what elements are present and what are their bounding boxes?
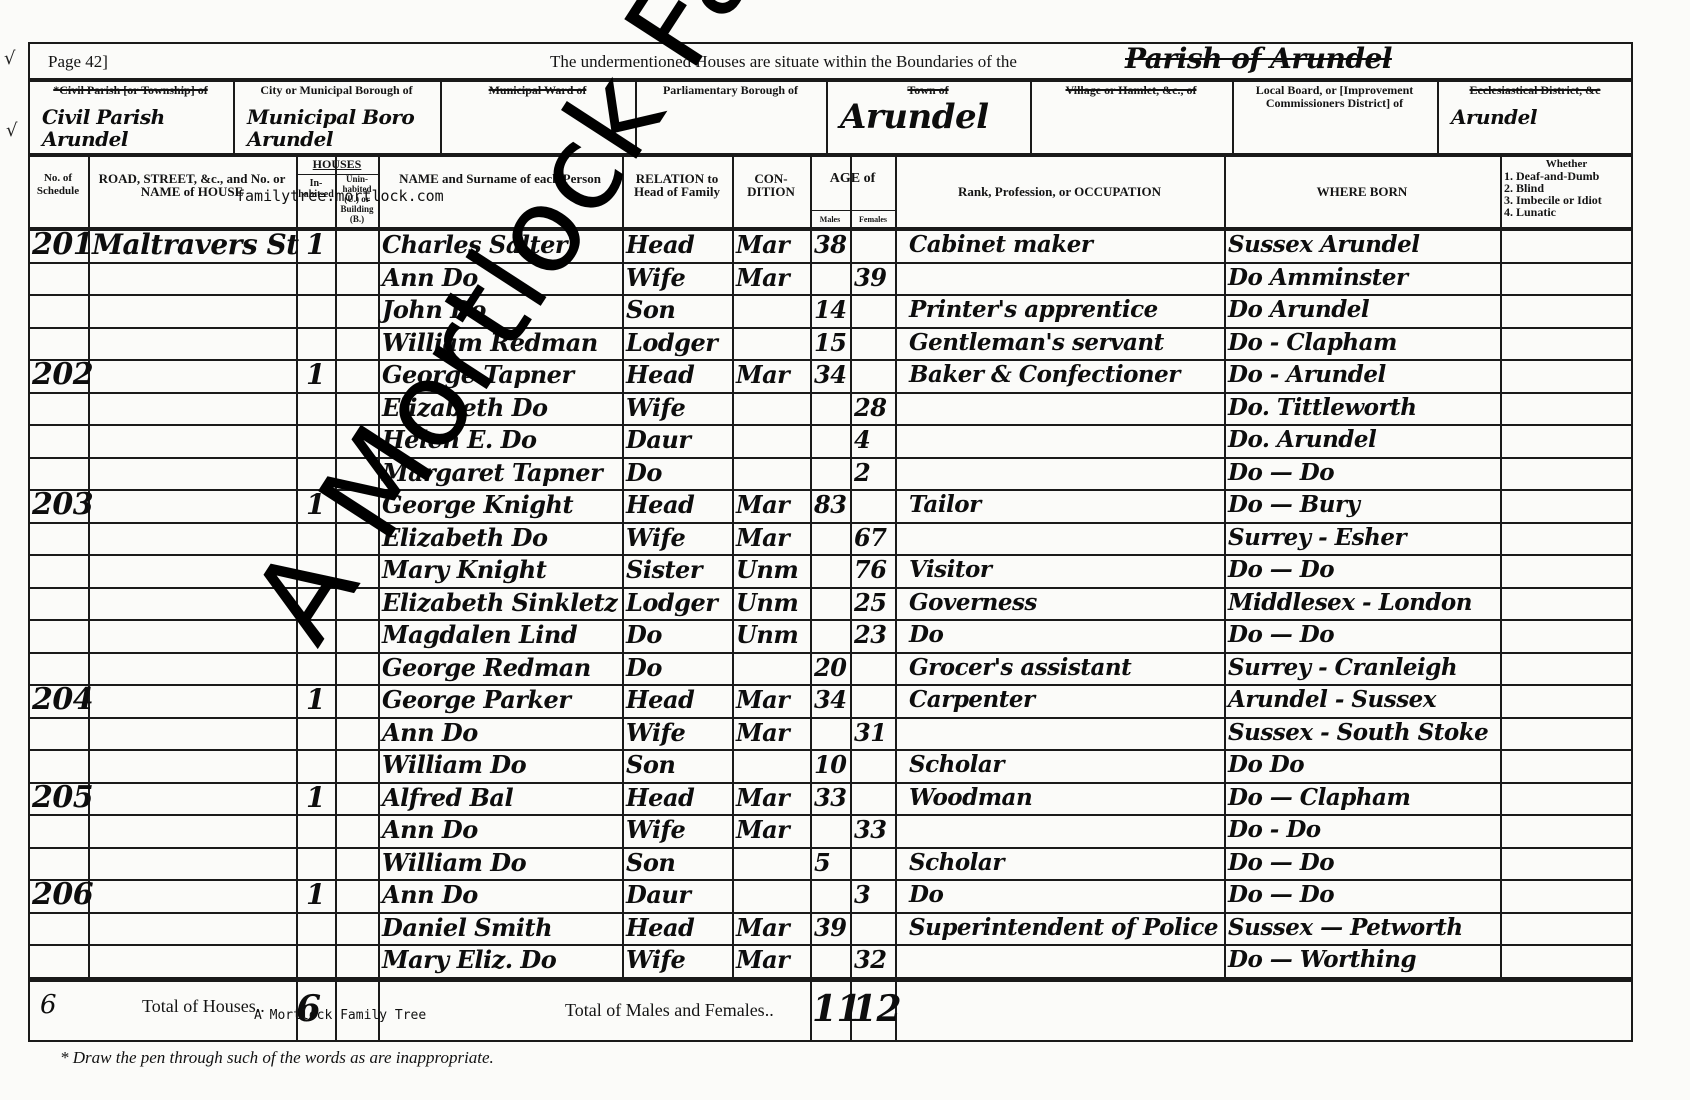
where-born: Sussex - South Stoke — [1228, 717, 1498, 750]
female-age: 23 — [854, 619, 893, 652]
male-age: 33 — [814, 782, 848, 815]
header-relation: RELATION to Head of Family — [625, 172, 729, 198]
where-born: Do — Do — [1228, 457, 1498, 490]
male-age: 20 — [814, 652, 848, 685]
occupation: Carpenter — [909, 684, 1222, 717]
where-born: Sussex — Petworth — [1228, 912, 1498, 945]
person-name: John Do — [382, 294, 620, 327]
table-row: 2051Alfred BalHeadMar33WoodmanDo — Claph… — [0, 782, 1690, 815]
occupation: Cabinet maker — [909, 229, 1222, 262]
relation-to-head: Wife — [626, 262, 730, 295]
table-row: Helen E. DoDaur4Do. Arundel — [0, 424, 1690, 457]
where-born: Do - Clapham — [1228, 327, 1498, 360]
table-row: 2061Ann DoDaur3DoDo — Do — [0, 879, 1690, 912]
female-age: 67 — [854, 522, 893, 555]
divider — [28, 78, 1633, 82]
occupation: Scholar — [909, 847, 1222, 880]
table-row: William DoSon10ScholarDo Do — [0, 749, 1690, 782]
divider — [635, 80, 637, 153]
page-label: Page 42] — [48, 52, 108, 72]
total-females-value: 12 — [852, 988, 901, 1030]
table-row: 2041George ParkerHeadMar34CarpenterArund… — [0, 684, 1690, 717]
marital-condition: Mar — [736, 912, 808, 945]
male-age: 14 — [814, 294, 848, 327]
divider — [296, 174, 378, 175]
marital-condition: Mar — [736, 814, 808, 847]
occupation: Superintendent of Police — [909, 912, 1222, 945]
female-age: 33 — [854, 814, 893, 847]
relation-to-head: Do — [626, 619, 730, 652]
divider — [826, 80, 828, 153]
person-name: William Do — [382, 847, 620, 880]
table-row: Daniel SmithHeadMar39Superintendent of P… — [0, 912, 1690, 945]
schedule-number: 205 — [32, 782, 86, 815]
male-age: 34 — [814, 684, 848, 717]
occupation: Visitor — [909, 554, 1222, 587]
marital-condition: Unm — [736, 554, 808, 587]
male-age: 38 — [814, 229, 848, 262]
margin-check-mark: √ — [6, 120, 17, 141]
marital-condition: Mar — [736, 717, 808, 750]
occupation: Woodman — [909, 782, 1222, 815]
person-name: Ann Do — [382, 262, 620, 295]
where-born: Do — Do — [1228, 554, 1498, 587]
female-age: 28 — [854, 392, 893, 425]
relation-to-head: Daur — [626, 879, 730, 912]
schedule-number: 204 — [32, 684, 86, 717]
header-schedule: No. of Schedule — [31, 172, 85, 198]
divider — [440, 80, 442, 153]
relation-to-head: Son — [626, 294, 730, 327]
header-houses: HOUSES — [296, 158, 378, 171]
person-name: George Parker — [382, 684, 620, 717]
occupation: Grocer's assistant — [909, 652, 1222, 685]
divider — [233, 80, 235, 153]
marital-condition: Mar — [736, 359, 808, 392]
female-age: 2 — [854, 457, 893, 490]
table-row: Elizabeth DoWife28Do. Tittleworth — [0, 392, 1690, 425]
where-born: Do. Tittleworth — [1228, 392, 1498, 425]
inhabited-count: 1 — [306, 684, 333, 717]
person-name: Helen E. Do — [382, 424, 620, 457]
header-where-born: WHERE BORN — [1227, 185, 1497, 198]
marital-condition: Mar — [736, 684, 808, 717]
where-born: Do — Clapham — [1228, 782, 1498, 815]
person-name: Elizabeth Do — [382, 392, 620, 425]
relation-to-head: Head — [626, 912, 730, 945]
margin-house-count: 6 — [40, 990, 56, 1020]
male-age: 15 — [814, 327, 848, 360]
person-name: Mary Eliz. Do — [382, 944, 620, 977]
marital-condition: Mar — [736, 262, 808, 295]
header-condition: CON-DITION — [735, 172, 807, 198]
header-age: AGE of — [810, 172, 895, 185]
total-persons-label: Total of Males and Females.. — [565, 1000, 774, 1021]
person-name: Ann Do — [382, 879, 620, 912]
person-name: George Redman — [382, 652, 620, 685]
inhabited-count: 1 — [306, 359, 333, 392]
female-age: 25 — [854, 587, 893, 620]
marital-condition: Mar — [736, 229, 808, 262]
relation-to-head: Daur — [626, 424, 730, 457]
male-age: 10 — [814, 749, 848, 782]
female-age: 31 — [854, 717, 893, 750]
margin-check-mark: √ — [4, 48, 15, 69]
divider — [810, 210, 895, 211]
marital-condition: Mar — [736, 489, 808, 522]
inhabited-count: 1 — [306, 229, 333, 262]
where-born: Surrey - Cranleigh — [1228, 652, 1498, 685]
header-occupation: Rank, Profession, or OCCUPATION — [898, 185, 1221, 198]
marital-condition: Unm — [736, 619, 808, 652]
divider — [28, 978, 1633, 982]
occupation: Do — [909, 619, 1222, 652]
url-watermark: familytree.mortlock.com — [236, 187, 444, 205]
person-name: Mary Knight — [382, 554, 620, 587]
person-name: Ann Do — [382, 717, 620, 750]
where-born: Do — Do — [1228, 847, 1498, 880]
person-name: William Do — [382, 749, 620, 782]
occupation: Gentleman's servant — [909, 327, 1222, 360]
total-houses-label: Total of Houses.. — [142, 996, 265, 1017]
caption-watermark: A Mortlock Family Tree — [254, 1008, 426, 1023]
relation-to-head: Lodger — [626, 587, 730, 620]
person-name: Charles Salter — [382, 229, 620, 262]
male-age: 34 — [814, 359, 848, 392]
divider — [1030, 80, 1032, 153]
relation-to-head: Do — [626, 457, 730, 490]
where-born: Do Do — [1228, 749, 1498, 782]
person-name: Margaret Tapner — [382, 457, 620, 490]
where-born: Do — Worthing — [1228, 944, 1498, 977]
where-born: Do Amminster — [1228, 262, 1498, 295]
table-row: Elizabeth SinkletzLodgerUnm25GovernessMi… — [0, 587, 1690, 620]
marital-condition: Unm — [736, 587, 808, 620]
district-value: Municipal Boro Arundel — [247, 106, 434, 150]
road-name: Maltravers St — [92, 229, 294, 262]
header-name: NAME and Surname of each Person — [381, 172, 619, 185]
relation-to-head: Wife — [626, 392, 730, 425]
relation-to-head: Lodger — [626, 327, 730, 360]
table-row: 2021George TapnerHeadMar34Baker & Confec… — [0, 359, 1690, 392]
boundaries-value: Parish of Arundel — [1125, 42, 1392, 75]
table-row: Mary KnightSisterUnm76VisitorDo — Do — [0, 554, 1690, 587]
female-age: 39 — [854, 262, 893, 295]
district-label: Municipal Ward of — [444, 84, 631, 97]
table-row: John DoSon14Printer's apprenticeDo Arund… — [0, 294, 1690, 327]
schedule-number: 201 — [32, 229, 86, 262]
boundaries-heading: The undermentioned Houses are situate wi… — [550, 52, 1017, 72]
table-row: Ann DoWifeMar33Do - Do — [0, 814, 1690, 847]
district-label: Town of — [830, 84, 1026, 97]
relation-to-head: Head — [626, 489, 730, 522]
district-label: Ecclesiastical District, &c — [1441, 84, 1629, 97]
male-age: 83 — [814, 489, 848, 522]
person-name: William Redman — [382, 327, 620, 360]
person-name: Magdalen Lind — [382, 619, 620, 652]
divider — [28, 153, 1633, 157]
inhabited-count: 1 — [306, 879, 333, 912]
table-row: 201Maltravers St1Charles SalterHeadMar38… — [0, 229, 1690, 262]
occupation: Printer's apprentice — [909, 294, 1222, 327]
district-label: Village or Hamlet, &c., of — [1034, 84, 1228, 97]
person-name: George Knight — [382, 489, 620, 522]
person-name: Elizabeth Sinkletz — [382, 587, 620, 620]
where-born: Arundel - Sussex — [1228, 684, 1498, 717]
relation-to-head: Wife — [626, 944, 730, 977]
district-value: Arundel — [1451, 106, 1627, 128]
male-age: 5 — [814, 847, 848, 880]
female-age: 76 — [854, 554, 893, 587]
where-born: Do - Do — [1228, 814, 1498, 847]
header-males: Males — [810, 213, 850, 226]
occupation: Governess — [909, 587, 1222, 620]
relation-to-head: Sister — [626, 554, 730, 587]
relation-to-head: Wife — [626, 814, 730, 847]
marital-condition: Mar — [736, 944, 808, 977]
female-age: 32 — [854, 944, 893, 977]
person-name: Daniel Smith — [382, 912, 620, 945]
table-row: William DoSon5ScholarDo — Do — [0, 847, 1690, 880]
person-name: Alfred Bal — [382, 782, 620, 815]
relation-to-head: Head — [626, 229, 730, 262]
district-label: City or Municipal Borough of — [237, 84, 436, 97]
header-females: Females — [851, 213, 895, 226]
occupation: Do — [909, 879, 1222, 912]
relation-to-head: Wife — [626, 522, 730, 555]
census-page: √ √ Page 42] The undermentioned Houses a… — [0, 0, 1690, 1100]
footnote: * Draw the pen through such of the words… — [60, 1048, 494, 1068]
district-label: Local Board, or [Improvement Commissione… — [1236, 84, 1433, 110]
table-row: Ann DoWifeMar31Sussex - South Stoke — [0, 717, 1690, 750]
where-born: Sussex Arundel — [1228, 229, 1498, 262]
marital-condition: Mar — [736, 522, 808, 555]
schedule-number: 202 — [32, 359, 86, 392]
person-name: George Tapner — [382, 359, 620, 392]
relation-to-head: Head — [626, 684, 730, 717]
where-born: Middlesex - London — [1228, 587, 1498, 620]
relation-to-head: Wife — [626, 717, 730, 750]
person-name: Ann Do — [382, 814, 620, 847]
where-born: Do Arundel — [1228, 294, 1498, 327]
table-row: George RedmanDo20Grocer's assistantSurre… — [0, 652, 1690, 685]
relation-to-head: Son — [626, 749, 730, 782]
inhabited-count: 1 — [306, 782, 333, 815]
female-age: 4 — [854, 424, 893, 457]
where-born: Do — Do — [1228, 879, 1498, 912]
table-row: Margaret TapnerDo2Do — Do — [0, 457, 1690, 490]
female-age: 3 — [854, 879, 893, 912]
inhabited-count: 1 — [306, 489, 333, 522]
district-value: Civil Parish Arundel — [42, 106, 227, 150]
where-born: Surrey - Esher — [1228, 522, 1498, 555]
person-name: Elizabeth Do — [382, 522, 620, 555]
table-row: Elizabeth DoWifeMar67Surrey - Esher — [0, 522, 1690, 555]
table-row: 2031George KnightHeadMar83TailorDo — Bur… — [0, 489, 1690, 522]
table-row: William RedmanLodger15Gentleman's servan… — [0, 327, 1690, 360]
relation-to-head: Head — [626, 782, 730, 815]
where-born: Do — Do — [1228, 619, 1498, 652]
header-whether-item: 4. Lunatic — [1504, 206, 1556, 218]
male-age: 39 — [814, 912, 848, 945]
occupation: Tailor — [909, 489, 1222, 522]
occupation: Baker & Confectioner — [909, 359, 1222, 392]
relation-to-head: Head — [626, 359, 730, 392]
district-value: Arundel — [840, 106, 1024, 128]
relation-to-head: Son — [626, 847, 730, 880]
marital-condition: Mar — [736, 782, 808, 815]
where-born: Do — Bury — [1228, 489, 1498, 522]
divider — [1437, 80, 1439, 153]
schedule-number: 206 — [32, 879, 86, 912]
table-row: Magdalen LindDoUnm23DoDo — Do — [0, 619, 1690, 652]
where-born: Do - Arundel — [1228, 359, 1498, 392]
occupation: Scholar — [909, 749, 1222, 782]
table-row: Ann DoWifeMar39Do Amminster — [0, 262, 1690, 295]
divider — [1232, 80, 1234, 153]
table-row: Mary Eliz. DoWifeMar32Do — Worthing — [0, 944, 1690, 977]
district-label: *Civil Parish [or Township] of — [32, 84, 229, 97]
where-born: Do. Arundel — [1228, 424, 1498, 457]
schedule-number: 203 — [32, 489, 86, 522]
relation-to-head: Do — [626, 652, 730, 685]
district-label: Parliamentary Borough of — [639, 84, 822, 97]
